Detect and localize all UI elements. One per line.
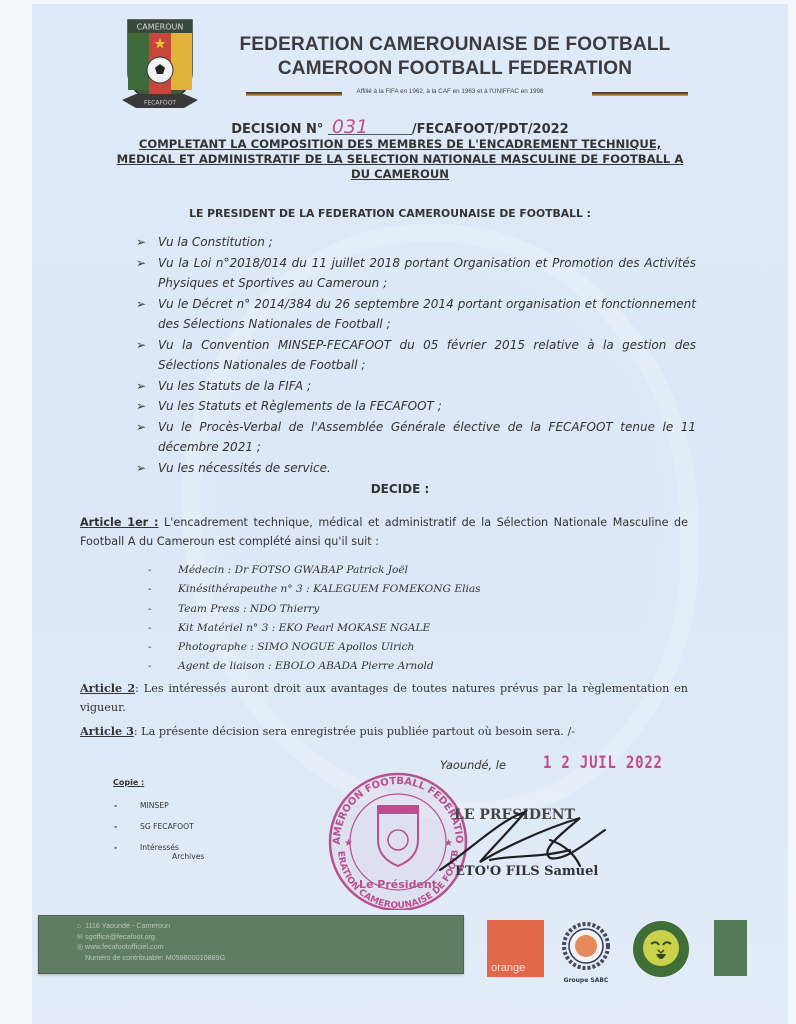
- arrow-bullet-icon: ➢: [136, 396, 146, 417]
- date-stamp: 1 2 JUIL 2022: [543, 753, 663, 773]
- article-2-text: : Les intéressés auront droit aux avanta…: [80, 682, 688, 714]
- preamble-item: ➢Vu les Statuts de la FIFA ;: [136, 376, 696, 397]
- footer-tax-id: Numéro de contribuable: M059800010889G: [77, 953, 225, 964]
- decision-prefix: DECISION N°: [231, 122, 323, 137]
- copy-recipient-archives: Archives: [172, 852, 204, 861]
- copy-recipient: -MINSEP: [114, 795, 194, 816]
- fecafoot-crest-icon: CAMEROUN FECAFOOT: [120, 14, 200, 114]
- arrow-bullet-icon: ➢: [136, 335, 146, 356]
- arrow-bullet-icon: ➢: [136, 294, 146, 315]
- footer-contact-lines: ⌂1116 Yaoundé - Cameroun ✉sgoffice@fecaf…: [77, 921, 225, 963]
- svg-text:FECAFOOT: FECAFOOT: [144, 100, 176, 107]
- lion-logo-icon: [632, 920, 690, 978]
- decision-suffix: /FECAFOOT/PDT/2022: [412, 122, 569, 137]
- staff-member: -Kit Matériel n° 3 : EKO Pearl MOKASE NG…: [140, 619, 560, 638]
- decision-subject: COMPLETANT LA COMPOSITION DES MEMBRES DE…: [110, 137, 690, 182]
- footer-email: ✉sgoffice@fecafoot.org: [77, 932, 225, 943]
- article-1: Article 1er : L'encadrement technique, m…: [80, 513, 688, 551]
- copies-list: -MINSEP -SG FECAFOOT -Intéressés: [114, 795, 194, 858]
- green-flag-band: [714, 920, 747, 976]
- footer-contact-bar: ⌂1116 Yaoundé - Cameroun ✉sgoffice@fecaf…: [38, 915, 464, 974]
- preamble-item: ➢Vu les nécessités de service.: [136, 458, 696, 479]
- svg-text:CAMEROUN: CAMEROUN: [137, 23, 184, 32]
- article-1-text: L'encadrement technique, médical et admi…: [80, 516, 688, 548]
- article-2: Article 2: Les intéressés auront droit a…: [80, 679, 688, 717]
- decision-number: 031: [328, 120, 412, 135]
- federation-title-fr: FEDERATION CAMEROUNAISE DE FOOTBALL: [220, 34, 690, 56]
- footer-website: ◎www.fecafootofficiel.com: [77, 942, 225, 953]
- staff-member: -Agent de liaison : EBOLO ABADA Pierre A…: [140, 657, 560, 676]
- svg-text:Le Président: Le Président: [359, 878, 437, 891]
- gear-badge-icon: [558, 922, 614, 972]
- home-icon: ⌂: [77, 921, 85, 932]
- footer-address: ⌂1116 Yaoundé - Cameroun: [77, 921, 225, 932]
- affiliation-line: Affilié à la FIFA en 1962, à la CAF en 1…: [305, 88, 595, 95]
- globe-icon: ◎: [77, 942, 85, 953]
- preamble-item: ➢Vu le Procès-Verbal de l'Assemblée Géné…: [136, 417, 696, 458]
- staff-member: -Médecin : Dr FOTSO GWABAP Patrick Joël: [140, 561, 560, 580]
- preamble-item: ➢Vu la Constitution ;: [136, 232, 696, 253]
- decision-number-line: DECISION N° 031/FECAFOOT/PDT/2022: [120, 120, 680, 137]
- decide-heading: DECIDE :: [320, 482, 480, 496]
- article-2-label: Article 2: [80, 681, 135, 695]
- article-1-label: Article 1er :: [80, 516, 159, 529]
- svg-text:★: ★: [344, 838, 353, 849]
- sabc-sponsor-logo: Groupe SABC: [558, 922, 614, 980]
- orange-sponsor-logo: orange: [487, 920, 544, 977]
- article-3: Article 3: La présente décision sera enr…: [80, 722, 688, 741]
- federation-title-en: CAMEROON FOOTBALL FEDERATION: [220, 58, 690, 80]
- preamble-item: ➢Vu la Convention MINSEP-FECAFOOT du 05 …: [136, 335, 696, 376]
- arrow-bullet-icon: ➢: [136, 417, 146, 438]
- header-rule-right: [592, 92, 688, 96]
- staff-member: -Photographe : SIMO NOGUE Apollos Ulrich: [140, 638, 560, 657]
- copies-heading: Copie :: [113, 778, 144, 787]
- preamble-list: ➢Vu la Constitution ; ➢Vu la Loi n°2018/…: [136, 232, 696, 478]
- preamble-heading: LE PRESIDENT DE LA FEDERATION CAMEROUNAI…: [180, 207, 600, 220]
- arrow-bullet-icon: ➢: [136, 376, 146, 397]
- preamble-item: ➢Vu les Statuts et Règlements de la FECA…: [136, 396, 696, 417]
- signatory-name: ETO'O FILS Samuel: [455, 864, 598, 879]
- staff-members-list: -Médecin : Dr FOTSO GWABAP Patrick Joël …: [140, 561, 560, 677]
- arrow-bullet-icon: ➢: [136, 232, 146, 253]
- article-3-text: : La présente décision sera enregistrée …: [134, 725, 575, 738]
- staff-member: -Kinésithérapeuthe n° 3 : KALEGUEM FOMEK…: [140, 580, 560, 599]
- staff-member: -Team Press : NDO Thierry: [140, 600, 560, 619]
- arrow-bullet-icon: ➢: [136, 458, 146, 479]
- preamble-item: ➢Vu la Loi n°2018/014 du 11 juillet 2018…: [136, 253, 696, 294]
- mail-icon: ✉: [77, 932, 85, 943]
- preamble-item: ➢Vu le Décret n° 2014/384 du 26 septembr…: [136, 294, 696, 335]
- copy-recipient: -SG FECAFOOT: [114, 816, 194, 837]
- arrow-bullet-icon: ➢: [136, 253, 146, 274]
- article-3-label: Article 3: [80, 724, 134, 738]
